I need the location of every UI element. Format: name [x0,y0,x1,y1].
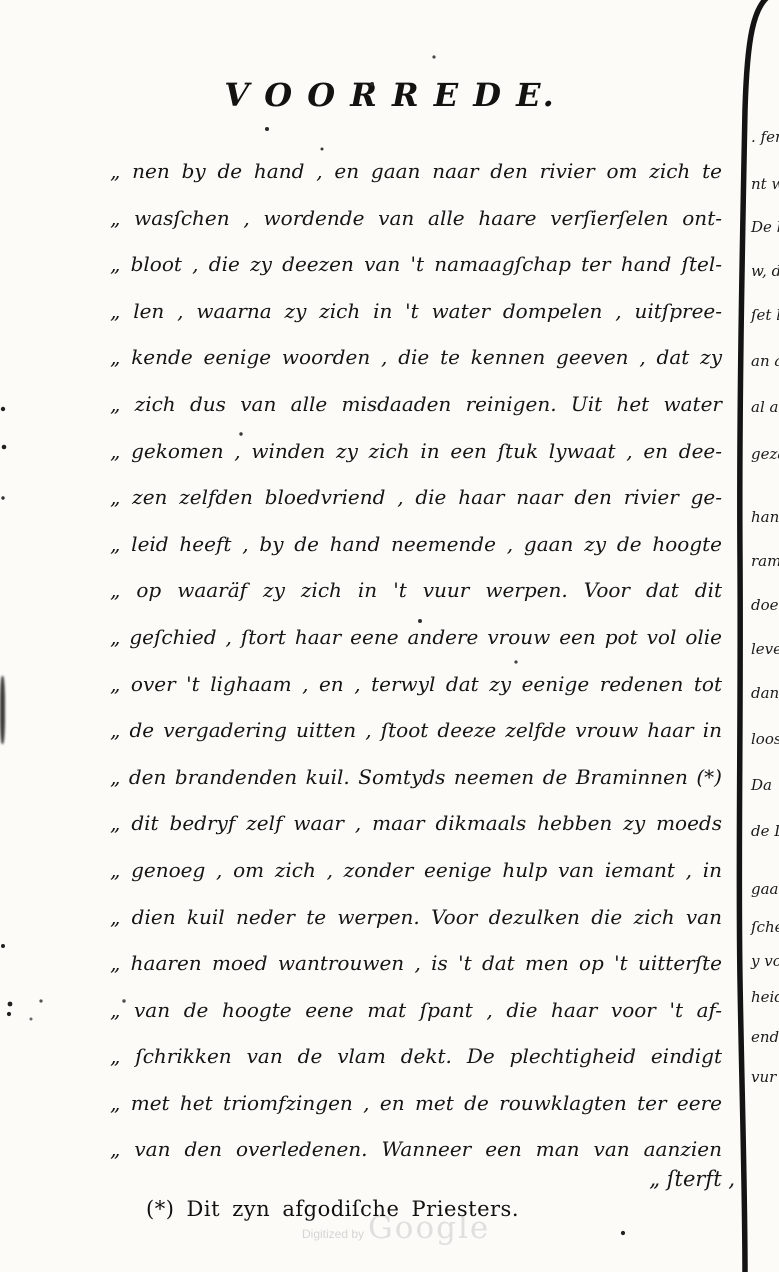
text-block: „ nen by de hand , en gaan naar den rivi… [110,148,722,1173]
edge-fragment: leve [751,640,779,658]
edge-fragment: De h [751,218,779,236]
edge-fragment: vur [751,1068,776,1086]
edge-fragment: loos [751,730,779,748]
text-line: „ genoeg , om zich , zonder eenige hulp … [110,847,722,894]
page-title: V O O R R E D E. [84,76,696,114]
text-line: „ de vergadering uitten , ſtoot deeze ze… [110,707,722,754]
text-line: „ zich dus van alle misdaaden reinigen. … [110,381,722,428]
edge-fragment: Da [751,776,772,794]
edge-fragment: doe [751,596,779,614]
scan-specks [0,0,2,2]
edge-fragment: gezag [751,445,779,463]
text-line: „ met het triomfzingen , en met de rouwk… [110,1080,722,1127]
edge-fragment: . ferft [751,128,779,146]
edge-fragment: dan [751,684,779,702]
edge-fragment: ſet ly [751,306,779,324]
edge-fragment: al a [751,398,778,416]
text-line: „ ſchrikken van de vlam dekt. De plechti… [110,1033,722,1080]
text-line: „ dien kuil neder te werpen. Voor dezulk… [110,894,722,941]
edge-fragment: ſchelyk [751,918,779,936]
text-line: „ haaren moed wantrouwen , is 't dat men… [110,940,722,987]
text-line: „ over 't lighaam , en , terwyl dat zy e… [110,661,722,708]
edge-fragment: nt we [751,175,779,193]
text-line: „ geſchied , ſtort haar eene andere vrou… [110,614,722,661]
scan-smudge [0,676,5,744]
edge-fragment: hand [751,508,779,526]
text-line: „ op waaräf zy zich in 't vuur werpen. V… [110,567,722,614]
edge-fragment: ende [751,1028,779,1046]
edge-fragment: an ai [751,352,779,370]
text-line: „ van de hoogte eene mat ſpant , die haa… [110,987,722,1034]
text-line: „ dit bedryf zelf waar , maar dikmaals h… [110,800,722,847]
book-page: V O O R R E D E. „ nen by de hand , en g… [0,0,779,1272]
text-line: „ len , waarna zy zich in 't water dompe… [110,288,722,335]
text-line: „ nen by de hand , en gaan naar den rivi… [110,148,722,195]
text-line: „ den brandenden kuil. Somtyds neemen de… [110,754,722,801]
text-line: „ wasſchen , wordende van alle haare ver… [110,195,722,242]
edge-fragment: w, die [751,262,779,280]
text-line: „ leid heeft , by de hand neemende , gaa… [110,521,722,568]
text-line: „ kende eenige woorden , die te kennen g… [110,334,722,381]
edge-fragment: y voe [751,952,779,970]
footnote: (*) Dit zyn afgodiſche Priesters. [146,1197,519,1221]
text-line: „ zen zelfden bloedvriend , die haar naa… [110,474,722,521]
edge-fragment: de Dr [751,822,779,840]
edge-fragment: gaard [751,880,779,898]
text-line: „ gekomen , winden zy zich in een ſtuk l… [110,428,722,475]
watermark-prefix: Digitized by [302,1227,364,1241]
edge-fragment: heid e [751,988,779,1006]
edge-fragment: ram [751,552,779,570]
text-line: „ bloot , die zy deezen van 't namaagſch… [110,241,722,288]
catchword: „ ſterft , [110,1167,735,1191]
